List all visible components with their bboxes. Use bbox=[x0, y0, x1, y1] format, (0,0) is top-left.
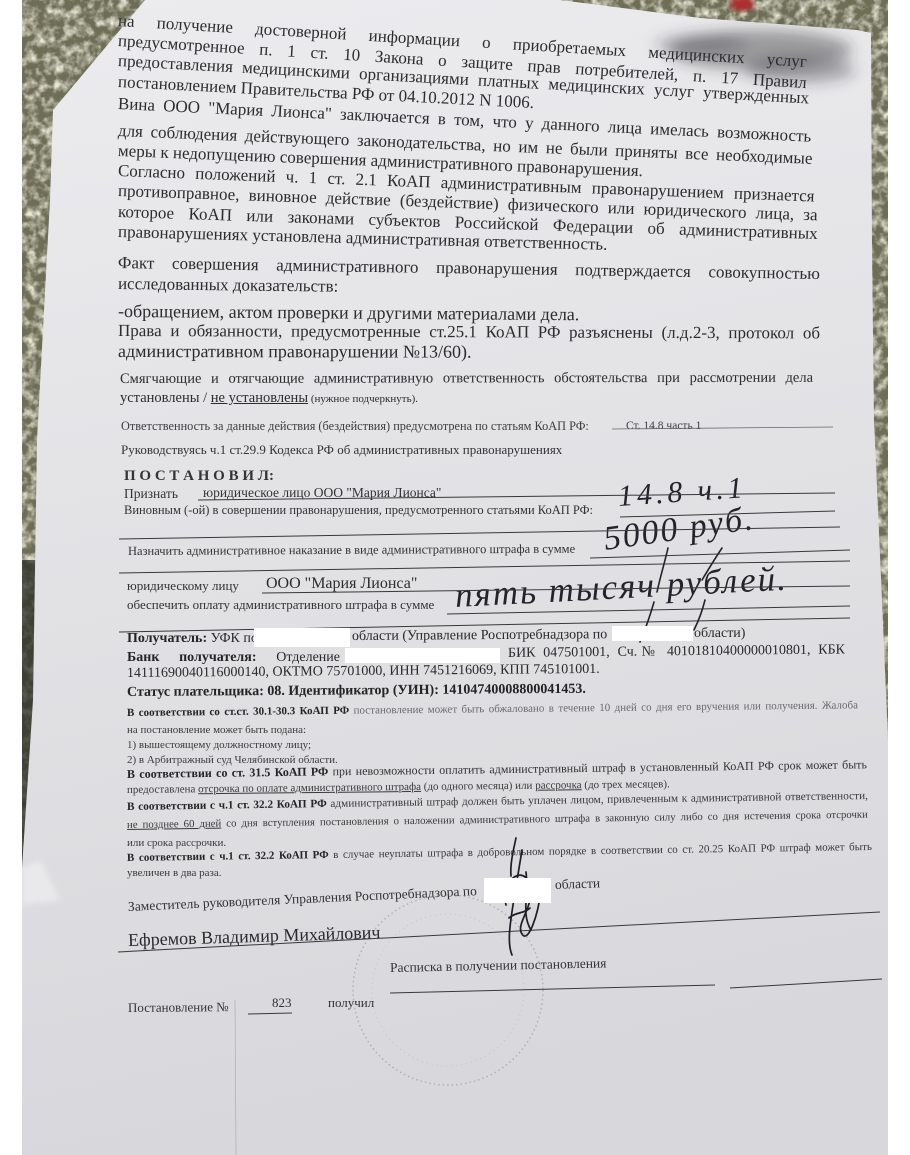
findings-line: административном правонарушении №13/60). bbox=[118, 340, 472, 363]
guided-by-text: Руководствуясь ч.1 ст.29.9 Кодекса РФ об… bbox=[121, 442, 562, 458]
redaction-box bbox=[254, 628, 350, 647]
nonpayment-article-ref: В соответствии с ч.1 ст. 32.2 КоАП РФ bbox=[127, 849, 329, 864]
redaction-box bbox=[484, 878, 551, 903]
payment-deadline-days: не позднее 60 дней bbox=[127, 818, 221, 831]
liability-label: Ответственность за данные действия (безд… bbox=[121, 418, 589, 434]
receipt-decision-label: Постановление № bbox=[128, 999, 229, 1016]
findings-line: исследованных доказательств: bbox=[118, 274, 339, 297]
recipient-prefix: УФК по bbox=[207, 631, 258, 646]
payment-deadline-article-ref: В соответствии с ч.1 ст. 32.2 КоАП РФ bbox=[127, 798, 327, 813]
payer-value: ООО "Мария Лионса" bbox=[266, 574, 417, 594]
payment-deadline-line: или срока рассрочки. bbox=[127, 836, 226, 850]
deferral-article-ref: В соответствии со ст. 31.5 КоАП РФ bbox=[127, 764, 328, 781]
guilty-label: Виновным (-ой) в совершении правонарушен… bbox=[124, 502, 593, 518]
circumstances-text: Смягчающие и отягчающие административную… bbox=[120, 369, 813, 388]
appeal-option-1: 1) вышестоящему должностному лицу; bbox=[127, 738, 311, 752]
redaction-box bbox=[612, 626, 693, 641]
deferral-text: предоставлена bbox=[127, 783, 198, 796]
signatory-position-suffix: области bbox=[555, 875, 601, 893]
deferral-text: (до трех месяцев). bbox=[582, 778, 670, 791]
nonpayment-line: увеличен в два раза. bbox=[127, 866, 222, 880]
circumstances-selected-option: не установлены bbox=[211, 390, 308, 406]
receipt-decision-number: 823 bbox=[272, 995, 292, 1011]
recipient-label: Получатель: bbox=[127, 631, 207, 646]
redaction-box bbox=[345, 648, 500, 663]
bank-label: Банк получателя: bbox=[127, 650, 257, 665]
circumstances-note: (нужное подчеркнуть). bbox=[308, 393, 418, 405]
receipt-received-label: получил bbox=[328, 995, 374, 1011]
recognize-value: юридическое лицо ООО "Мария Лионса" bbox=[203, 485, 441, 501]
circumstances-choice: установлены / не установлены (нужное под… bbox=[120, 389, 418, 408]
recipient-middle: области (Управление Роспотребнадзора по bbox=[352, 626, 607, 646]
recipient-line-start: Получатель: УФК по bbox=[127, 630, 258, 648]
appeal-article-ref: В соответствии со ст.ст. 30.1-30.3 КоАП … bbox=[127, 705, 349, 719]
recipient-suffix: области) bbox=[694, 625, 745, 643]
deferral-text: (до одного месяца) или bbox=[421, 780, 535, 793]
payer-status-uin: Статус плательщика: 08. Идентификатор (У… bbox=[127, 681, 586, 702]
ruling-heading: П О С Т А Н О В И Л: bbox=[124, 466, 274, 486]
liability-value: Ст. 14.8 часть 1 bbox=[626, 419, 701, 433]
payer-label: юридическому лицу bbox=[127, 578, 239, 594]
payment-label: обеспечить оплату административного штра… bbox=[127, 597, 434, 613]
appeal-line: на постановление может быть подана: bbox=[127, 723, 306, 737]
deferral-option-postponement: отсрочка по оплате административного штр… bbox=[198, 781, 421, 795]
recognize-label: Признать bbox=[124, 486, 178, 502]
penalty-label: Назначить административное наказание в в… bbox=[128, 541, 575, 559]
bank-details: БИК 047501001, Сч.№ 40101810400000010801… bbox=[508, 641, 845, 663]
deferral-option-installment: рассрочка bbox=[535, 779, 582, 791]
circumstances-prefix: установлены / bbox=[120, 390, 211, 406]
